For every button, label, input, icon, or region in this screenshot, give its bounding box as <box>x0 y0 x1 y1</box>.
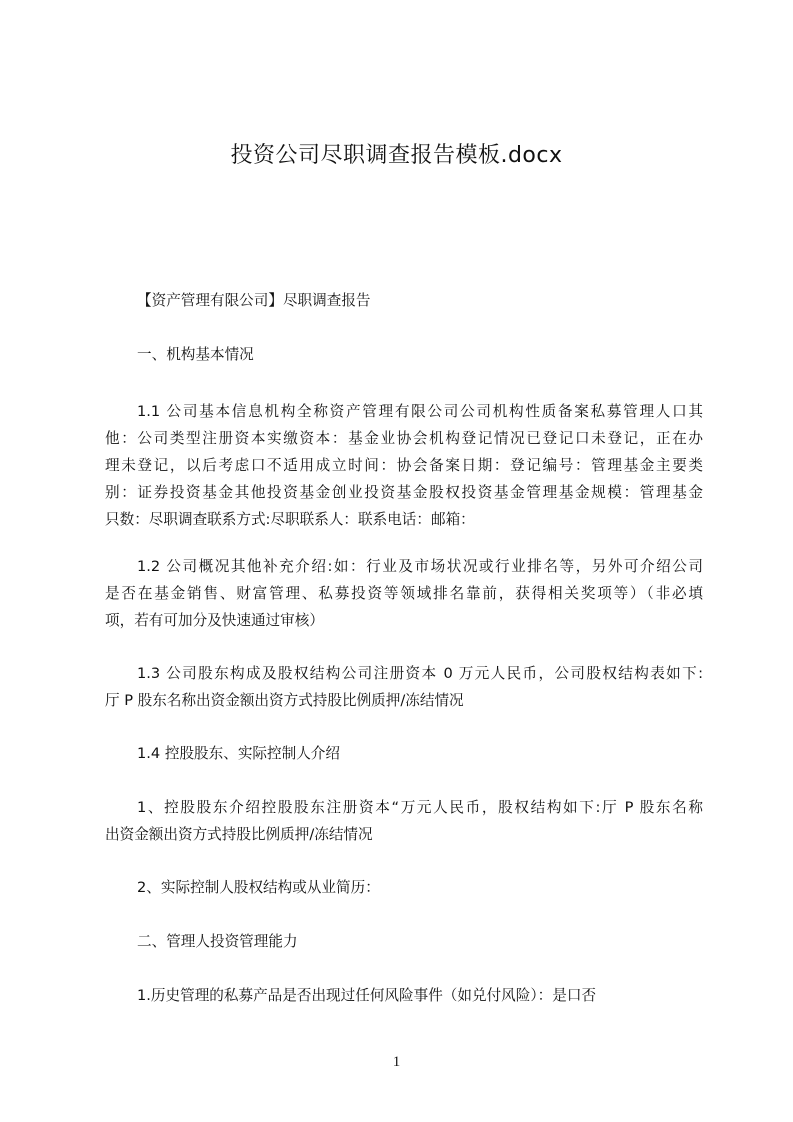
paragraph-1-4-2: 2、实际控制人股权结构或从业简历： <box>105 874 735 901</box>
paragraph-line: 1、控股股东介绍控股股东注册资本“万元人民币，股权结构如下:厅 P 股东名称 <box>105 794 703 821</box>
paragraph-line: 项，若有可加分及快速通过审核） <box>105 607 703 634</box>
document-title: 投资公司尽职调查报告模板.docx <box>0 140 793 172</box>
paragraph-line: 别：证券投资基金其他投资基金创业投资基金股权投资基金管理基金规模：管理基金 <box>105 479 703 506</box>
paragraph-line: 出资金额出资方式持股比例质押/冻结情况 <box>105 821 703 848</box>
page-number: 1 <box>0 1054 793 1071</box>
section-2-heading: 二、管理人投资管理能力 <box>105 928 735 955</box>
paragraph-1-1: 1.1 公司基本信息机构全称资产管理有限公司公司机构性质备案私募管理人口其 他：… <box>105 398 703 533</box>
paragraph-line: 只数：尽职调查联系方式:尽职联系人：联系电话：邮箱： <box>105 506 703 533</box>
paragraph-2-1: 1.历史管理的私募产品是否出现过任何风险事件（如兑付风险）：是口否 <box>105 982 735 1009</box>
paragraph-line: 厅 P 股东名称出资金额出资方式持股比例质押/冻结情况 <box>105 687 703 714</box>
paragraph-line: 是否在基金销售、财富管理、私募投资等领域排名靠前，获得相关奖项等）（非必填 <box>105 580 703 607</box>
paragraph-line: 1.2 公司概况其他补充介绍:如：行业及市场状况或行业排名等，另外可介绍公司 <box>105 553 703 580</box>
paragraph-line: 他：公司类型注册资本实缴资本：基金业协会机构登记情况已登记口未登记，正在办 <box>105 425 703 452</box>
paragraph-line: 理未登记，以后考虑口不适用成立时间：协会备案日期：登记编号：管理基金主要类 <box>105 452 703 479</box>
paragraph-line: 1.3 公司股东构成及股权结构公司注册资本 0 万元人民币，公司股权结构表如下: <box>105 660 703 687</box>
document-page: 投资公司尽职调查报告模板.docx 【资产管理有限公司】尽职调查报告 一、机构基… <box>0 0 793 1122</box>
paragraph-1-3: 1.3 公司股东构成及股权结构公司注册资本 0 万元人民币，公司股权结构表如下:… <box>105 660 703 714</box>
paragraph-1-4-1: 1、控股股东介绍控股股东注册资本“万元人民币，股权结构如下:厅 P 股东名称 出… <box>105 794 703 848</box>
report-heading: 【资产管理有限公司】尽职调查报告 <box>105 287 735 314</box>
paragraph-1-2: 1.2 公司概况其他补充介绍:如：行业及市场状况或行业排名等，另外可介绍公司 是… <box>105 553 703 634</box>
section-1-heading: 一、机构基本情况 <box>105 341 735 368</box>
paragraph-1-4-heading: 1.4 控股股东、实际控制人介绍 <box>105 740 735 767</box>
paragraph-line: 1.1 公司基本信息机构全称资产管理有限公司公司机构性质备案私募管理人口其 <box>105 398 703 425</box>
